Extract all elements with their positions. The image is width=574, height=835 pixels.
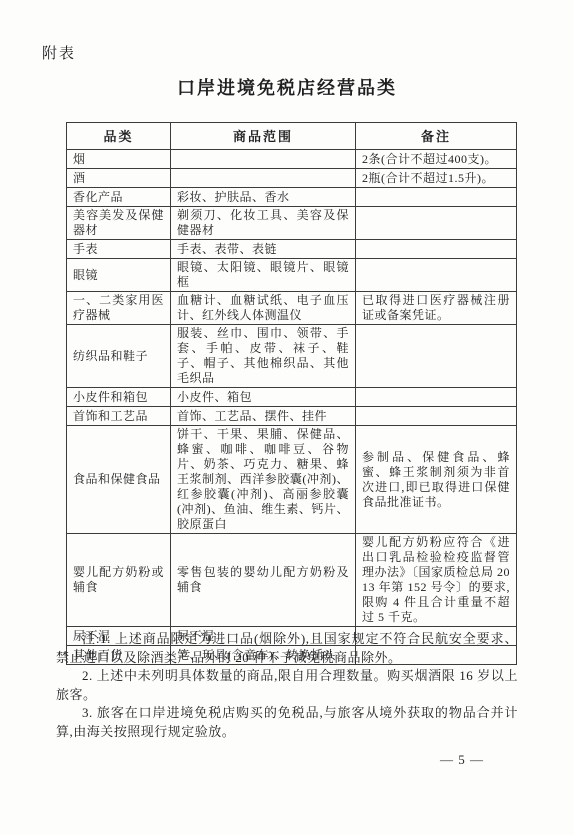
table-row: 食品和保健食品饼干、干果、果脯、保健品、蜂蜜、咖啡、咖啡豆、谷物片、奶茶、巧克力…: [67, 426, 517, 534]
category-cell: 香化产品: [67, 188, 171, 207]
table-row: 小皮件和箱包小皮件、箱包: [67, 388, 517, 407]
category-cell: 一、二类家用医疗器械: [67, 292, 171, 325]
note-paragraph: 3. 旅客在口岸进境免税店购买的免税品,与旅客从境外获取的物品合并计算,由海关按…: [56, 704, 518, 741]
table-row: 烟2条(合计不超过400支)。: [67, 150, 517, 169]
remark-cell: [356, 240, 517, 259]
table-row: 婴儿配方奶粉或辅食零售包装的婴幼儿配方奶粉及辅食婴儿配方奶粉应符合《进出口乳品检…: [67, 534, 517, 627]
table-row: 一、二类家用医疗器械血糖计、血糖试纸、电子血压计、红外线人体测温仪已取得进口医疗…: [67, 292, 517, 325]
category-cell: 首饰和工艺品: [67, 407, 171, 426]
column-header: 商品范围: [171, 123, 356, 150]
table-header-row: 品类商品范围备注: [67, 123, 517, 150]
page-title: 口岸进境免税店经营品类: [0, 74, 574, 100]
table-row: 美容美发及保健器材剃须刀、化妆工具、美容及保健器材: [67, 207, 517, 240]
table-head: 品类商品范围备注: [67, 123, 517, 150]
remark-cell: [356, 259, 517, 292]
remark-cell: 2条(合计不超过400支)。: [356, 150, 517, 169]
note-paragraph: 注:1. 上述商品限定为进口品(烟除外),且国家规定不符合民航安全要求、禁止进口…: [56, 630, 518, 667]
category-cell: 婴儿配方奶粉或辅食: [67, 534, 171, 627]
remark-cell: [356, 207, 517, 240]
category-cell: 美容美发及保健器材: [67, 207, 171, 240]
scope-cell: 手表、表带、表链: [171, 240, 356, 259]
scope-cell: 剃须刀、化妆工具、美容及保健器材: [171, 207, 356, 240]
scope-cell: [171, 150, 356, 169]
category-table: 品类商品范围备注 烟2条(合计不超过400支)。酒2瓶(合计不超过1.5升)。香…: [66, 122, 517, 665]
document-page: 附表 口岸进境免税店经营品类 品类商品范围备注 烟2条(合计不超过400支)。酒…: [0, 0, 574, 835]
remark-cell: 已取得进口医疗器械注册证或备案凭证。: [356, 292, 517, 325]
scope-cell: 首饰、工艺品、摆件、挂件: [171, 407, 356, 426]
column-header: 品类: [67, 123, 171, 150]
scope-cell: 饼干、干果、果脯、保健品、蜂蜜、咖啡、咖啡豆、谷物片、奶茶、巧克力、糖果、蜂王浆…: [171, 426, 356, 534]
remark-cell: 参制品、保健食品、蜂蜜、蜂王浆制剂须为非首次进口,即已取得进口保健食品批准证书。: [356, 426, 517, 534]
scope-cell: 零售包装的婴幼儿配方奶粉及辅食: [171, 534, 356, 627]
category-cell: 眼镜: [67, 259, 171, 292]
page-number: — 5 —: [440, 752, 484, 768]
remark-cell: 2瓶(合计不超过1.5升)。: [356, 169, 517, 188]
table-row: 首饰和工艺品首饰、工艺品、摆件、挂件: [67, 407, 517, 426]
scope-cell: 服装、丝巾、围巾、领带、手套、手帕、皮带、袜子、鞋子、帽子、其他棉织品、其他毛织…: [171, 325, 356, 388]
table-row: 纺织品和鞋子服装、丝巾、围巾、领带、手套、手帕、皮带、袜子、鞋子、帽子、其他棉织…: [67, 325, 517, 388]
remark-cell: [356, 325, 517, 388]
table-row: 手表手表、表带、表链: [67, 240, 517, 259]
scope-cell: 彩妆、护肤品、香水: [171, 188, 356, 207]
scope-cell: 血糖计、血糖试纸、电子血压计、红外线人体测温仪: [171, 292, 356, 325]
category-cell: 烟: [67, 150, 171, 169]
scope-cell: [171, 169, 356, 188]
notes-section: 注:1. 上述商品限定为进口品(烟除外),且国家规定不符合民航安全要求、禁止进口…: [56, 630, 518, 741]
remark-cell: [356, 407, 517, 426]
table-row: 眼镜眼镜、太阳镜、眼镜片、眼镜框: [67, 259, 517, 292]
remark-cell: 婴儿配方奶粉应符合《进出口乳品检验检疫监督管理办法》〔国家质检总局 2013 年…: [356, 534, 517, 627]
category-cell: 手表: [67, 240, 171, 259]
scope-cell: 眼镜、太阳镜、眼镜片、眼镜框: [171, 259, 356, 292]
table-body: 烟2条(合计不超过400支)。酒2瓶(合计不超过1.5升)。香化产品彩妆、护肤品…: [67, 150, 517, 665]
note-paragraph: 2. 上述中未列明具体数量的商品,限自用合理数量。购买烟酒限 16 岁以上旅客。: [56, 667, 518, 704]
category-cell: 纺织品和鞋子: [67, 325, 171, 388]
column-header: 备注: [356, 123, 517, 150]
scope-cell: 小皮件、箱包: [171, 388, 356, 407]
category-cell: 小皮件和箱包: [67, 388, 171, 407]
category-cell: 酒: [67, 169, 171, 188]
remark-cell: [356, 188, 517, 207]
category-cell: 食品和保健食品: [67, 426, 171, 534]
table-row: 香化产品彩妆、护肤品、香水: [67, 188, 517, 207]
annex-label: 附表: [42, 42, 76, 63]
table-row: 酒2瓶(合计不超过1.5升)。: [67, 169, 517, 188]
remark-cell: [356, 388, 517, 407]
